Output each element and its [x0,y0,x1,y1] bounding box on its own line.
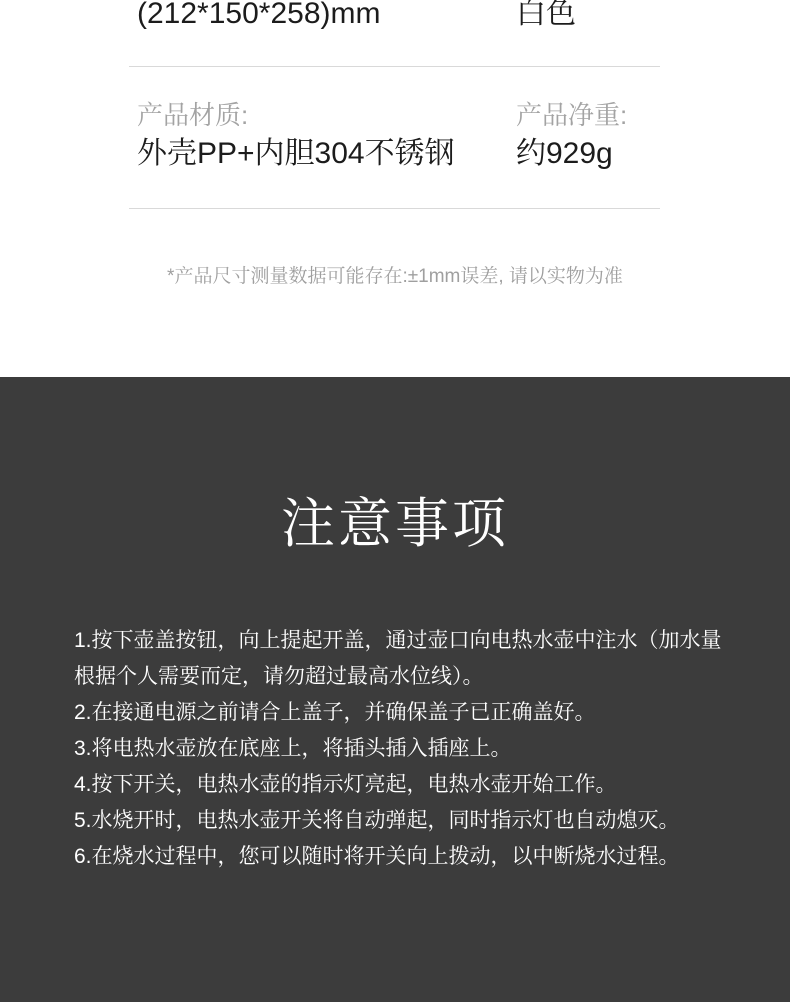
spec-labels-row: 产品材质: 产品净重: [0,100,790,130]
product-specs-section: (212*150*258)mm 白色 产品材质: 产品净重: 外壳PP+内胆30… [0,0,790,377]
measurement-disclaimer: *产品尺寸测量数据可能存在:±1mm误差, 请以实物为准 [0,265,790,289]
product-material-label: 产品材质: [137,100,248,130]
product-weight-label: 产品净重: [516,100,627,130]
product-color-value: 白色 [516,0,576,31]
precaution-item: 2.在接通电源之前请合上盖子，并确保盖子已正确盖好。 [74,695,734,731]
product-dimensions-value: (212*150*258)mm [137,0,380,31]
product-detail-page: (212*150*258)mm 白色 产品材质: 产品净重: 外壳PP+内胆30… [0,0,790,1002]
precaution-item: 3.将电热水壶放在底座上，将插头插入插座上。 [74,731,734,767]
precautions-title: 注意事项 [0,377,790,552]
precautions-section: 注意事项 1.按下壶盖按钮，向上提起开盖，通过壶口向电热水壶中注水（加水量根据个… [0,377,790,1002]
precaution-item: 6.在烧水过程中，您可以随时将开关向上拨动，以中断烧水过程。 [74,839,734,875]
precaution-item: 1.按下壶盖按钮，向上提起开盖，通过壶口向电热水壶中注水（加水量根据个人需要而定… [74,623,734,695]
precaution-item: 4.按下开关，电热水壶的指示灯亮起，电热水壶开始工作。 [74,767,734,803]
spec-values-row: 外壳PP+内胆304不锈钢 约929g [0,137,790,171]
precaution-item: 5.水烧开时，电热水壶开关将自动弹起，同时指示灯也自动熄灭。 [74,803,734,839]
divider [129,66,660,67]
product-weight-value: 约929g [516,137,613,171]
product-material-value: 外壳PP+内胆304不锈钢 [137,137,455,171]
divider [129,208,660,209]
precautions-list: 1.按下壶盖按钮，向上提起开盖，通过壶口向电热水壶中注水（加水量根据个人需要而定… [74,623,734,875]
